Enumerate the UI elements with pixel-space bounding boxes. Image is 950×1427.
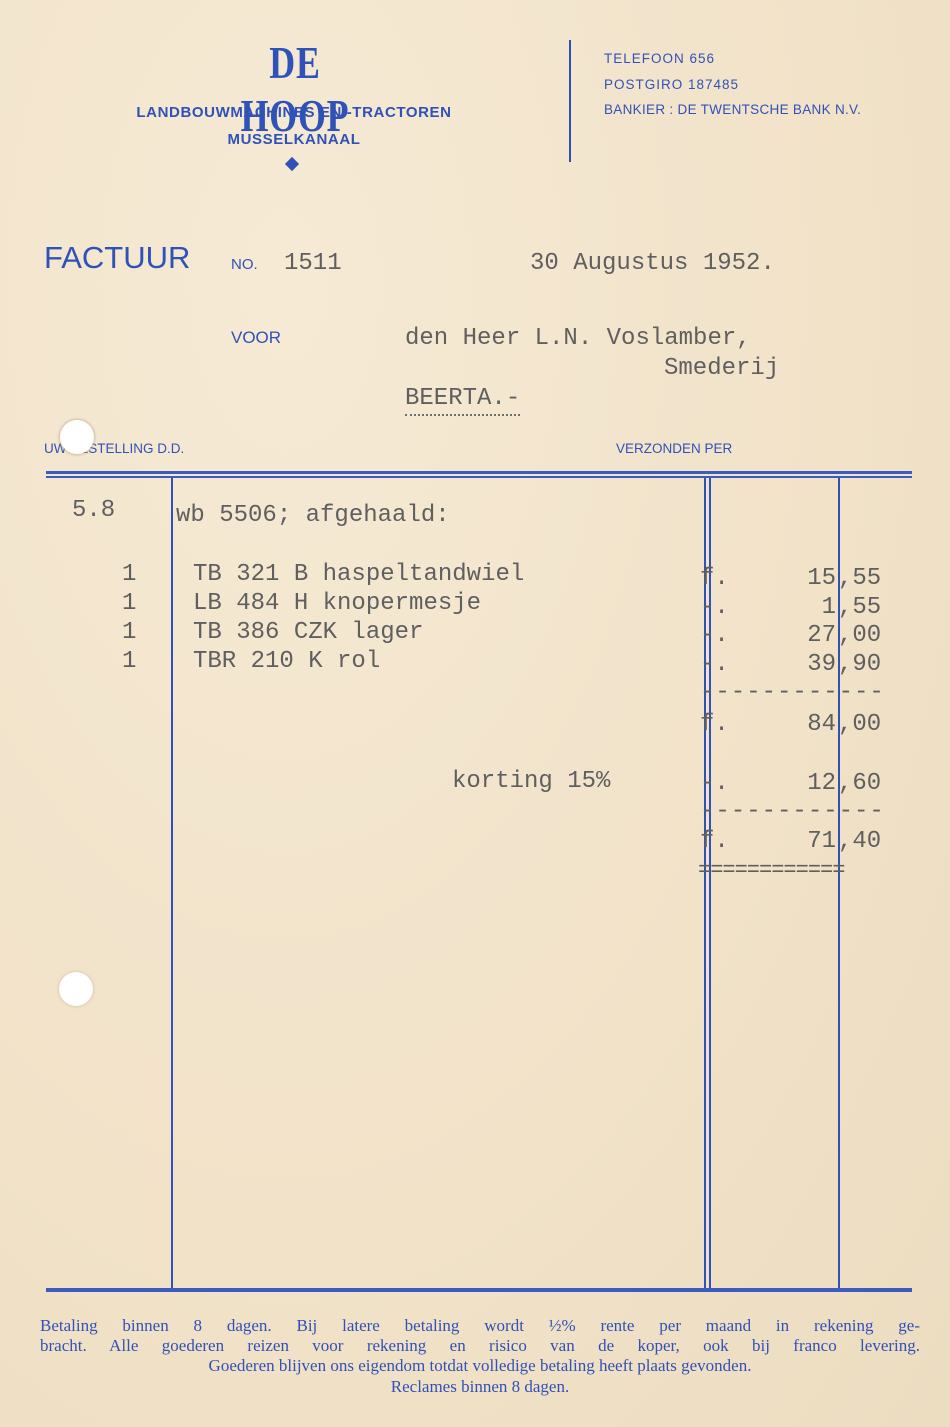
footer-line-2: bracht. Alle goederen reizen voor rekeni… bbox=[40, 1336, 920, 1356]
footer-line-4: Reclames binnen 8 dagen. bbox=[40, 1377, 920, 1397]
item-qty: 1 bbox=[122, 648, 136, 675]
item-qty: 1 bbox=[122, 590, 136, 617]
column-divider-date bbox=[171, 478, 173, 1288]
company-name: DE HOOP bbox=[221, 36, 369, 142]
subtotal-dash-line: ------------ bbox=[700, 679, 885, 706]
item-amount-whole: 1 bbox=[770, 594, 836, 621]
recipient-business: Smederij bbox=[664, 355, 779, 382]
table-top-rule-2 bbox=[46, 476, 912, 478]
total-whole: 71 bbox=[770, 828, 836, 855]
table-bottom-rule bbox=[46, 1288, 912, 1292]
item-amount-cents: ,00 bbox=[838, 622, 881, 649]
total-double-line: ============ bbox=[698, 858, 844, 883]
punch-hole-overlay bbox=[60, 420, 94, 454]
company-tagline: LANDBOUWMACHINES EN -TRACTOREN bbox=[78, 104, 510, 121]
item-desc: TB 321 B haspeltandwiel bbox=[193, 561, 524, 588]
punch-hole bbox=[59, 972, 93, 1006]
discount-currency: -. bbox=[700, 770, 729, 797]
voor-label: VOOR bbox=[231, 328, 281, 348]
order-reference: wb 5506; afgehaald: bbox=[176, 502, 450, 529]
contact-bankier: BANKIER : DE TWENTSCHE BANK N.V. bbox=[604, 102, 861, 117]
discount-label: korting 15% bbox=[452, 768, 610, 795]
subtotal-whole: 84 bbox=[770, 711, 836, 738]
order-date: 5.8 bbox=[72, 497, 115, 524]
invoice-date: 30 Augustus 1952. bbox=[530, 250, 775, 277]
total-dash-line: ------------ bbox=[700, 798, 885, 825]
total-currency: f. bbox=[700, 828, 729, 855]
discount-whole: 12 bbox=[770, 770, 836, 797]
item-amount-cents: ,90 bbox=[838, 651, 881, 678]
diamond-ornament-icon bbox=[285, 157, 299, 171]
header-divider bbox=[569, 40, 571, 162]
item-desc: TBR 210 K rol bbox=[193, 648, 380, 675]
table-top-rule bbox=[46, 471, 912, 474]
item-currency: -. bbox=[700, 651, 729, 678]
item-amount-cents: ,55 bbox=[838, 594, 881, 621]
item-currency: -. bbox=[700, 594, 729, 621]
item-amount-whole: 15 bbox=[770, 565, 836, 592]
item-amount-whole: 27 bbox=[770, 622, 836, 649]
contact-postgiro: POSTGIRO 187485 bbox=[604, 77, 739, 92]
item-qty: 1 bbox=[122, 619, 136, 646]
company-city: MUSSELKANAAL bbox=[78, 131, 510, 148]
subtotal-currency: f. bbox=[700, 711, 729, 738]
verzonden-label: VERZONDEN PER bbox=[616, 441, 732, 456]
item-currency: -. bbox=[700, 622, 729, 649]
recipient-name: den Heer L.N. Voslamber, bbox=[405, 325, 751, 352]
item-amount-whole: 39 bbox=[770, 651, 836, 678]
item-amount-cents: ,55 bbox=[838, 565, 881, 592]
subtotal-cents: ,00 bbox=[838, 711, 881, 738]
total-cents: ,40 bbox=[838, 828, 881, 855]
recipient-city: BEERTA.- bbox=[405, 385, 520, 416]
footer-line-1: Betaling binnen 8 dagen. Bij latere beta… bbox=[40, 1316, 920, 1336]
invoice-title: FACTUUR bbox=[44, 240, 190, 276]
item-currency: f. bbox=[700, 565, 729, 592]
invoice-no-label: NO. bbox=[231, 256, 258, 273]
item-desc: LB 484 H knopermesje bbox=[193, 590, 481, 617]
footer-line-3: Goederen blijven ons eigendom totdat vol… bbox=[40, 1356, 920, 1376]
invoice-number: 1511 bbox=[284, 250, 342, 277]
item-qty: 1 bbox=[122, 561, 136, 588]
contact-telefoon: TELEFOON 656 bbox=[604, 51, 715, 66]
item-desc: TB 386 CZK lager bbox=[193, 619, 423, 646]
discount-cents: ,60 bbox=[838, 770, 881, 797]
